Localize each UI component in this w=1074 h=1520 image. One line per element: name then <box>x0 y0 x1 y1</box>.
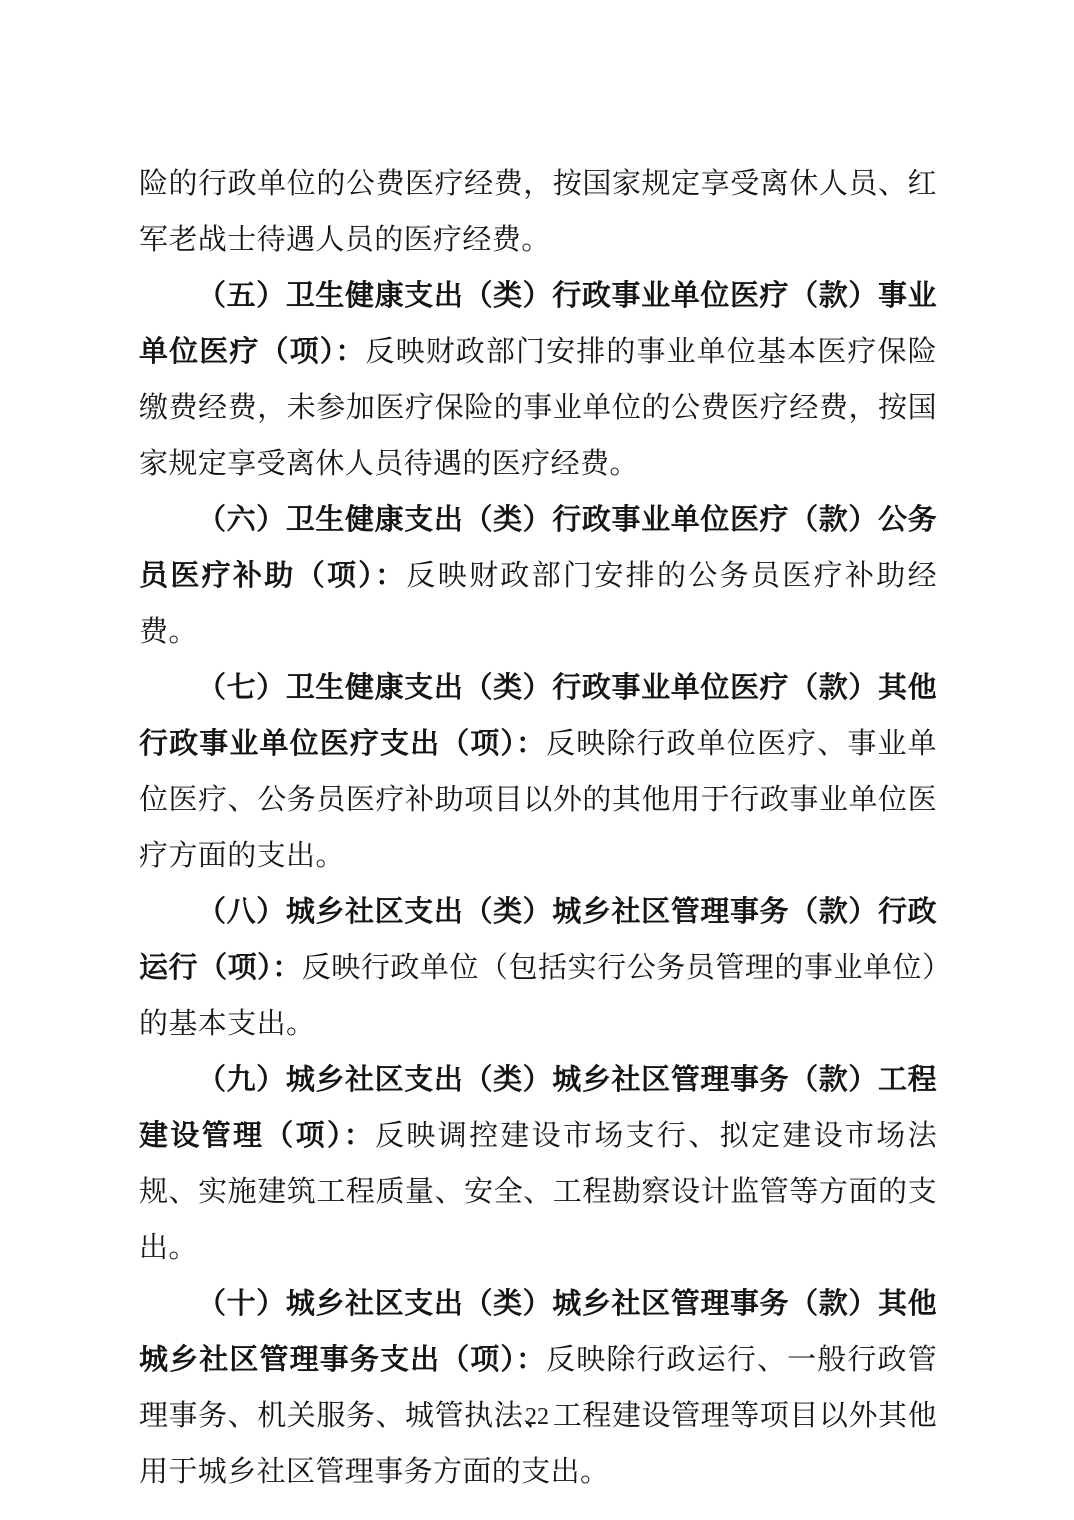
paragraph-item-10: （十）城乡社区支出（类）城乡社区管理事务（款）其他城乡社区管理事务支出（项）：反… <box>139 1276 937 1500</box>
paragraph-item-5: （五）卫生健康支出（类）行政事业单位医疗（款）事业单位医疗（项）：反映财政部门安… <box>139 268 937 492</box>
paragraph-item-7: （七）卫生健康支出（类）行政事业单位医疗（款）其他行政事业单位医疗支出（项）：反… <box>139 660 937 884</box>
document-page: 险的行政单位的公费医疗经费，按国家规定享受离休人员、红军老战士待遇人员的医疗经费… <box>139 156 937 1500</box>
paragraph-continued: 险的行政单位的公费医疗经费，按国家规定享受离休人员、红军老战士待遇人员的医疗经费… <box>139 156 937 268</box>
page-number: 22 <box>0 1402 1074 1432</box>
paragraph-item-8: （八）城乡社区支出（类）城乡社区管理事务（款）行政运行（项）：反映行政单位（包括… <box>139 884 937 1052</box>
paragraph-item-6: （六）卫生健康支出（类）行政事业单位医疗（款）公务员医疗补助（项）：反映财政部门… <box>139 492 937 660</box>
paragraph-text: 险的行政单位的公费医疗经费，按国家规定享受离休人员、红军老战士待遇人员的医疗经费… <box>139 168 937 256</box>
paragraph-item-9: （九）城乡社区支出（类）城乡社区管理事务（款）工程建设管理（项）：反映调控建设市… <box>139 1052 937 1276</box>
